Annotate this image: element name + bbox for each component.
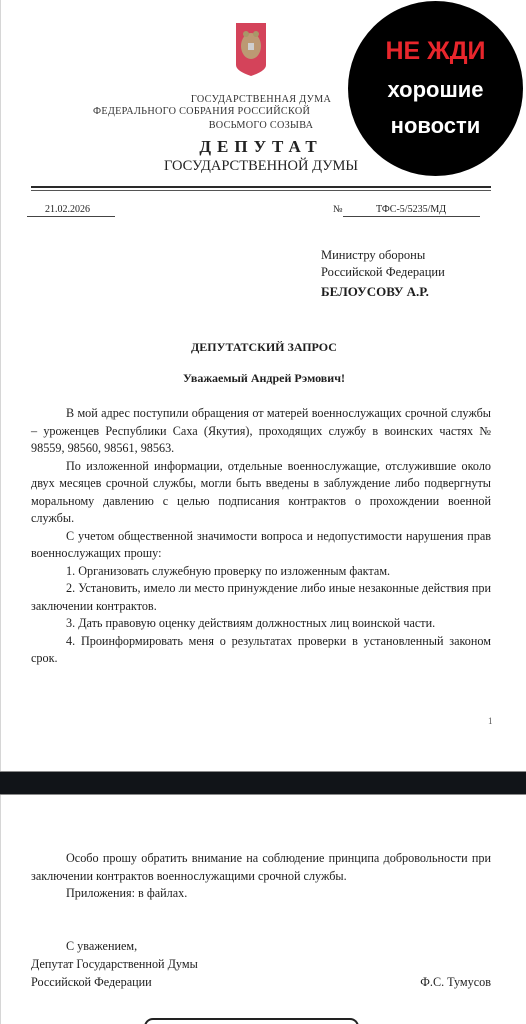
- org-name-line3: ВОСЬМОГО СОЗЫВА: [161, 120, 361, 131]
- badge-line-red: НЕ ЖДИ: [348, 37, 523, 66]
- list-item: 1. Организовать служебную проверку по из…: [31, 563, 491, 581]
- document-number-label: №: [333, 204, 343, 215]
- paragraph: В мой адрес поступили обращения от матер…: [31, 405, 491, 458]
- document-date: 21.02.2026: [27, 204, 115, 217]
- letterhead-divider: [31, 186, 491, 191]
- page2-body: Особо прошу обратить внимание на соблюде…: [31, 850, 491, 903]
- attachments-note: Приложения: в файлах.: [31, 885, 491, 903]
- page-number: 1: [488, 716, 493, 726]
- document-page-1: ГОСУДАРСТВЕННАЯ ДУМА ФЕДЕРАЛЬНОГО СОБРАН…: [0, 0, 526, 771]
- addressee-name: БЕЛОУСОВУ А.Р.: [321, 284, 429, 300]
- signature-name: Ф.С. Тумусов: [420, 973, 491, 991]
- signature-title-line1: Депутат Государственной Думы: [31, 955, 491, 973]
- cropped-frame: [144, 1018, 359, 1024]
- page-separator: [0, 771, 526, 795]
- paragraph: С учетом общественной значимости вопроса…: [31, 528, 491, 563]
- coat-of-arms-icon: [235, 21, 267, 78]
- paragraph: По изложенной информации, отдельные воен…: [31, 458, 491, 528]
- closing-phrase: С уважением,: [31, 937, 491, 955]
- document-number: ТФС-5/5235/МД: [343, 204, 480, 217]
- addressee-line1: Министру обороны: [321, 248, 425, 263]
- letterhead-subtitle: ГОСУДАРСТВЕННОЙ ДУМЫ: [131, 158, 391, 175]
- news-badge: НЕ ЖДИ хорошие новости: [348, 1, 523, 176]
- letterhead-title: ДЕПУТАТ: [161, 137, 361, 157]
- greeting: Уважаемый Андрей Рэмович!: [1, 371, 526, 386]
- badge-line-2: хорошие: [348, 77, 523, 103]
- paragraph: Особо прошу обратить внимание на соблюде…: [31, 850, 491, 885]
- signature-block: С уважением, Депутат Государственной Дум…: [31, 937, 491, 991]
- list-item: 2. Установить, имело ли место принуждени…: [31, 580, 491, 615]
- list-item: 3. Дать правовую оценку действиям должно…: [31, 615, 491, 633]
- org-name-line2: ФЕДЕРАЛЬНОГО СОБРАНИЯ РОССИЙСКОЙ: [93, 106, 349, 117]
- list-item: 4. Проинформировать меня о результатах п…: [31, 633, 491, 668]
- document-title: ДЕПУТАТСКИЙ ЗАПРОС: [1, 340, 526, 355]
- document-page-2: Особо прошу обратить внимание на соблюде…: [0, 795, 526, 1024]
- addressee-line2: Российской Федерации: [321, 265, 445, 280]
- document-body: В мой адрес поступили обращения от матер…: [31, 405, 491, 668]
- badge-line-3: новости: [348, 113, 523, 139]
- org-name-line1: ГОСУДАРСТВЕННАЯ ДУМА: [161, 94, 361, 105]
